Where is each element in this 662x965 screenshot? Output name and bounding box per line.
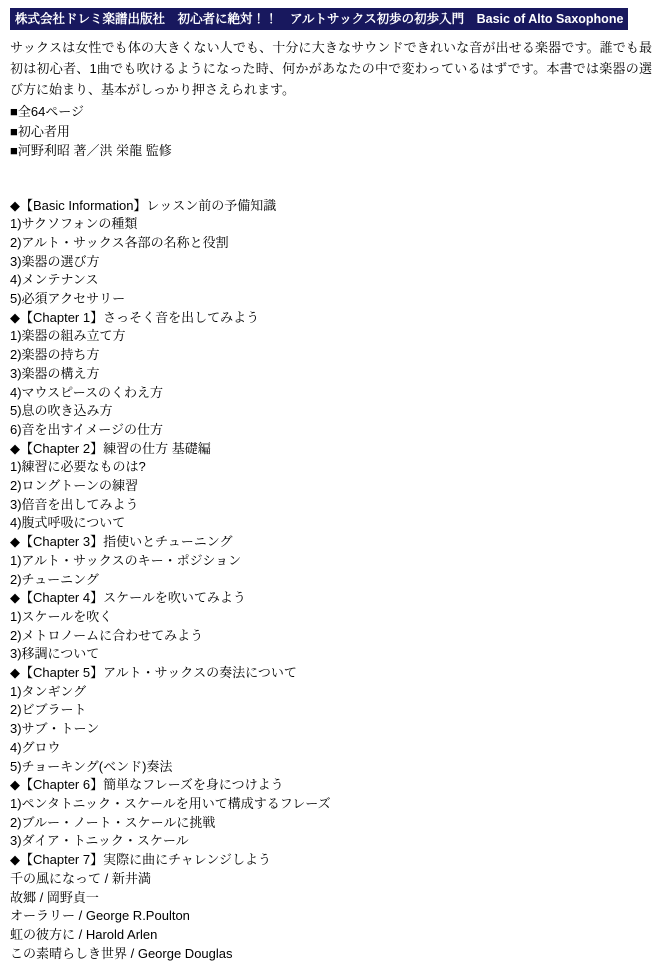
toc-item: 故郷 / 岡野貞一 [10,889,652,908]
toc-item: 1)練習に必要なものは? [10,458,652,477]
table-of-contents: ◆【Basic Information】レッスン前の予備知識1)サクソフォンの種… [10,197,652,964]
toc-item: 1)タンギング [10,683,652,702]
spec-line: ■全64ページ [10,102,652,122]
toc-section-heading: ◆【Basic Information】レッスン前の予備知識 [10,197,652,216]
toc-item: 1)スケールを吹く [10,608,652,627]
toc-item: 6)音を出すイメージの仕方 [10,421,652,440]
toc-item: 4)メンテナンス [10,271,652,290]
toc-item: 3)楽器の構え方 [10,365,652,384]
toc-item: 3)倍音を出してみよう [10,496,652,515]
toc-section-heading: ◆【Chapter 7】実際に曲にチャレンジしよう [10,851,652,870]
toc-item: 3)移調について [10,645,652,664]
toc-item: 1)アルト・サックスのキー・ポジション [10,552,652,571]
toc-item: 虹の彼方に / Harold Arlen [10,926,652,945]
toc-item: 2)チューニング [10,571,652,590]
toc-item: 3)サブ・トーン [10,720,652,739]
toc-item: 2)楽器の持ち方 [10,346,652,365]
toc-section-heading: ◆【Chapter 4】スケールを吹いてみよう [10,589,652,608]
toc-item: この素晴らしき世界 / George Douglas [10,945,652,964]
toc-section-heading: ◆【Chapter 2】練習の仕方 基礎編 [10,440,652,459]
toc-item: 3)ダイア・トニック・スケール [10,832,652,851]
title-bar-text: 株式会社ドレミ楽譜出版社 初心者に絶対！！ アルトサックス初歩の初歩入門 Bas… [15,12,623,26]
toc-item: 5)息の吹き込み方 [10,402,652,421]
toc-item: オーラリー / George R.Poulton [10,907,652,926]
toc-item: 2)ブルー・ノート・スケールに挑戦 [10,814,652,833]
toc-item: 1)サクソフォンの種類 [10,215,652,234]
toc-section-heading: ◆【Chapter 6】簡単なフレーズを身につけよう [10,776,652,795]
intro-paragraph: サックスは女性でも体の大きくない人でも、十分に大きなサウンドできれいな音が出せる… [10,37,652,100]
product-description-page: 株式会社ドレミ楽譜出版社 初心者に絶対！！ アルトサックス初歩の初歩入門 Bas… [0,0,662,965]
toc-item: 2)ビブラート [10,701,652,720]
toc-item: 4)グロウ [10,739,652,758]
toc-item: 4)腹式呼吸について [10,514,652,533]
toc-item: 5)必須アクセサリー [10,290,652,309]
toc-section-heading: ◆【Chapter 1】さっそく音を出してみよう [10,309,652,328]
toc-item: 3)楽器の選び方 [10,253,652,272]
toc-item: 4)マウスピースのくわえ方 [10,384,652,403]
toc-item: 2)メトロノームに合わせてみよう [10,627,652,646]
toc-item: 5)チョーキング(ベンド)奏法 [10,758,652,777]
toc-item: 1)ペンタトニック・スケールを用いて構成するフレーズ [10,795,652,814]
toc-section-heading: ◆【Chapter 5】アルト・サックスの奏法について [10,664,652,683]
spec-list: ■全64ページ■初心者用■河野利昭 著／洪 栄龍 監修 [10,102,652,161]
toc-item: 千の風になって / 新井満 [10,870,652,889]
title-bar: 株式会社ドレミ楽譜出版社 初心者に絶対！！ アルトサックス初歩の初歩入門 Bas… [10,8,628,30]
spec-line: ■初心者用 [10,122,652,142]
toc-item: 1)楽器の組み立て方 [10,327,652,346]
toc-item: 2)アルト・サックス各部の名称と役割 [10,234,652,253]
toc-section-heading: ◆【Chapter 3】指使いとチューニング [10,533,652,552]
toc-item: 2)ロングトーンの練習 [10,477,652,496]
spec-line: ■河野利昭 著／洪 栄龍 監修 [10,141,652,161]
